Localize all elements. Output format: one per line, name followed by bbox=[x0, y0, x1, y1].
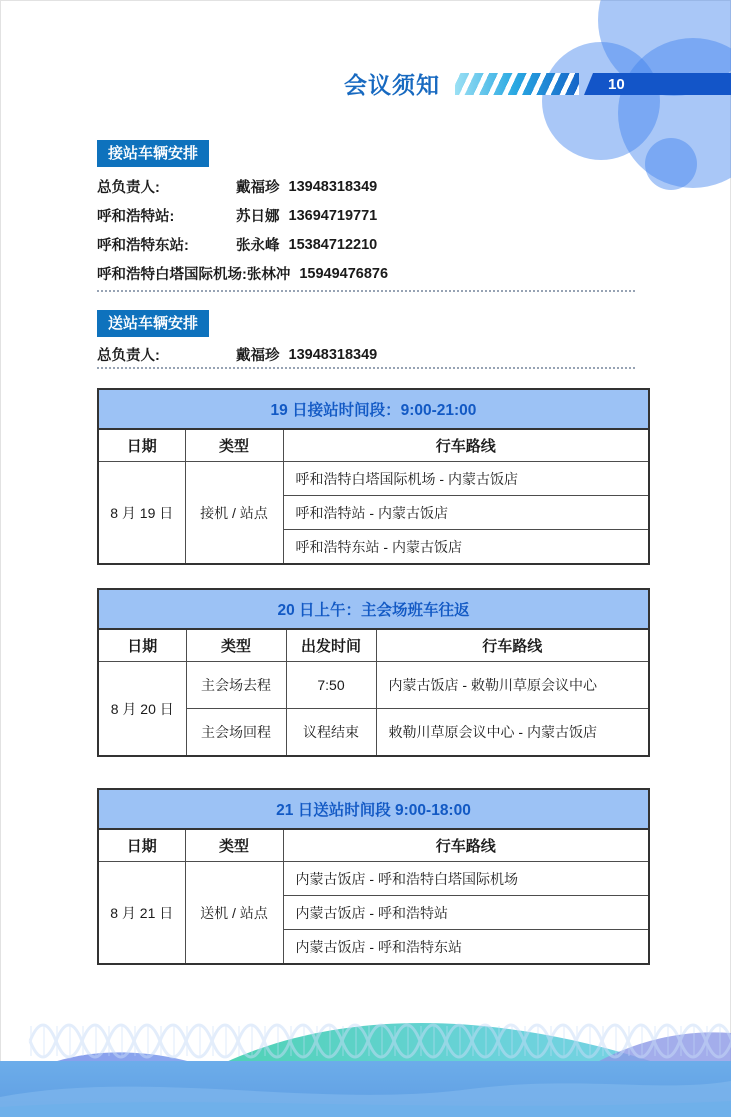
contact-row: 总负责人: 戴福珍 13948318349 bbox=[97, 172, 642, 201]
route-cell: 内蒙古饭店 - 呼和浩特白塔国际机场 bbox=[283, 862, 649, 896]
column-header-type: 类型 bbox=[185, 429, 283, 462]
contact-name: 戴福珍 bbox=[236, 176, 280, 197]
schedule-table-aug19: 19 日接站时间段：9:00-21:00 日期 类型 行车路线 8 月 19 日… bbox=[97, 388, 650, 565]
contact-name: 苏日娜 bbox=[236, 205, 280, 226]
column-header-route: 行车路线 bbox=[283, 829, 649, 862]
schedule-table-aug20: 20 日上午：主会场班车往返 日期 类型 出发时间 行车路线 8 月 20 日 … bbox=[97, 588, 650, 757]
route-cell: 呼和浩特站 - 内蒙古饭店 bbox=[283, 496, 649, 530]
page-number: 10 bbox=[608, 76, 625, 93]
contact-phone: 15384712210 bbox=[289, 237, 378, 253]
section-heading-pickup: 接站车辆安排 bbox=[97, 140, 209, 167]
route-cell: 内蒙古饭店 - 呼和浩特东站 bbox=[283, 930, 649, 965]
contact-row: 呼和浩特白塔国际机场: 张林冲 15949476876 bbox=[97, 259, 642, 288]
contact-phone: 15949476876 bbox=[299, 266, 388, 282]
contact-label: 呼和浩特站: bbox=[97, 205, 236, 226]
contact-phone: 13948318349 bbox=[289, 179, 378, 195]
type-cell: 送机 / 站点 bbox=[185, 862, 283, 965]
column-header-route: 行车路线 bbox=[376, 629, 649, 662]
section-heading-dropoff: 送站车辆安排 bbox=[97, 310, 209, 337]
stripes-decoration bbox=[455, 73, 579, 95]
date-cell: 8 月 20 日 bbox=[98, 662, 186, 757]
time-cell: 议程结束 bbox=[286, 709, 376, 757]
pickup-contact-list: 总负责人: 戴福珍 13948318349 呼和浩特站: 苏日娜 1369471… bbox=[97, 172, 642, 288]
column-header-date: 日期 bbox=[98, 629, 186, 662]
page-title: 会议须知 bbox=[344, 67, 440, 100]
contact-phone: 13694719771 bbox=[289, 208, 378, 224]
header-decoration: 10 bbox=[455, 73, 731, 95]
contact-name: 戴福珍 bbox=[236, 344, 280, 365]
route-cell: 内蒙古饭店 - 呼和浩特站 bbox=[283, 896, 649, 930]
route-cell: 敕勒川草原会议中心 - 内蒙古饭店 bbox=[376, 709, 649, 757]
contact-label: 总负责人: bbox=[97, 344, 236, 365]
dotted-divider bbox=[97, 290, 635, 292]
column-header-time: 出发时间 bbox=[286, 629, 376, 662]
footer-wave-decoration bbox=[0, 997, 731, 1117]
column-header-date: 日期 bbox=[98, 429, 185, 462]
contact-row: 总负责人: 戴福珍 13948318349 bbox=[97, 340, 642, 369]
document-page: 会议须知 10 接站车辆安排 总负责人: 戴福珍 13948318349 呼和浩… bbox=[0, 0, 731, 1117]
type-cell: 主会场回程 bbox=[186, 709, 286, 757]
dotted-divider bbox=[97, 367, 635, 369]
contact-name: 张林冲 bbox=[247, 263, 291, 284]
column-header-route: 行车路线 bbox=[283, 429, 649, 462]
route-cell: 呼和浩特东站 - 内蒙古饭店 bbox=[283, 530, 649, 565]
table-title: 20 日上午：主会场班车往返 bbox=[98, 589, 649, 629]
date-cell: 8 月 19 日 bbox=[98, 462, 185, 565]
contact-label: 呼和浩特白塔国际机场: bbox=[97, 263, 247, 284]
decor-circle bbox=[645, 138, 697, 190]
table-title: 21 日送站时间段 9:00-18:00 bbox=[98, 789, 649, 829]
time-cell: 7:50 bbox=[286, 662, 376, 709]
dropoff-contact-list: 总负责人: 戴福珍 13948318349 bbox=[97, 340, 642, 369]
route-cell: 呼和浩特白塔国际机场 - 内蒙古饭店 bbox=[283, 462, 649, 496]
page-number-bar: 10 bbox=[584, 73, 731, 95]
contact-phone: 13948318349 bbox=[289, 347, 378, 363]
type-cell: 主会场去程 bbox=[186, 662, 286, 709]
route-cell: 内蒙古饭店 - 敕勒川草原会议中心 bbox=[376, 662, 649, 709]
contact-name: 张永峰 bbox=[236, 234, 280, 255]
column-header-type: 类型 bbox=[186, 629, 286, 662]
column-header-type: 类型 bbox=[185, 829, 283, 862]
contact-row: 呼和浩特站: 苏日娜 13694719771 bbox=[97, 201, 642, 230]
date-cell: 8 月 21 日 bbox=[98, 862, 185, 965]
table-title: 19 日接站时间段：9:00-21:00 bbox=[98, 389, 649, 429]
contact-label: 呼和浩特东站: bbox=[97, 234, 236, 255]
type-cell: 接机 / 站点 bbox=[185, 462, 283, 565]
contact-label: 总负责人: bbox=[97, 176, 236, 197]
contact-row: 呼和浩特东站: 张永峰 15384712210 bbox=[97, 230, 642, 259]
column-header-date: 日期 bbox=[98, 829, 185, 862]
schedule-table-aug21: 21 日送站时间段 9:00-18:00 日期 类型 行车路线 8 月 21 日… bbox=[97, 788, 650, 965]
